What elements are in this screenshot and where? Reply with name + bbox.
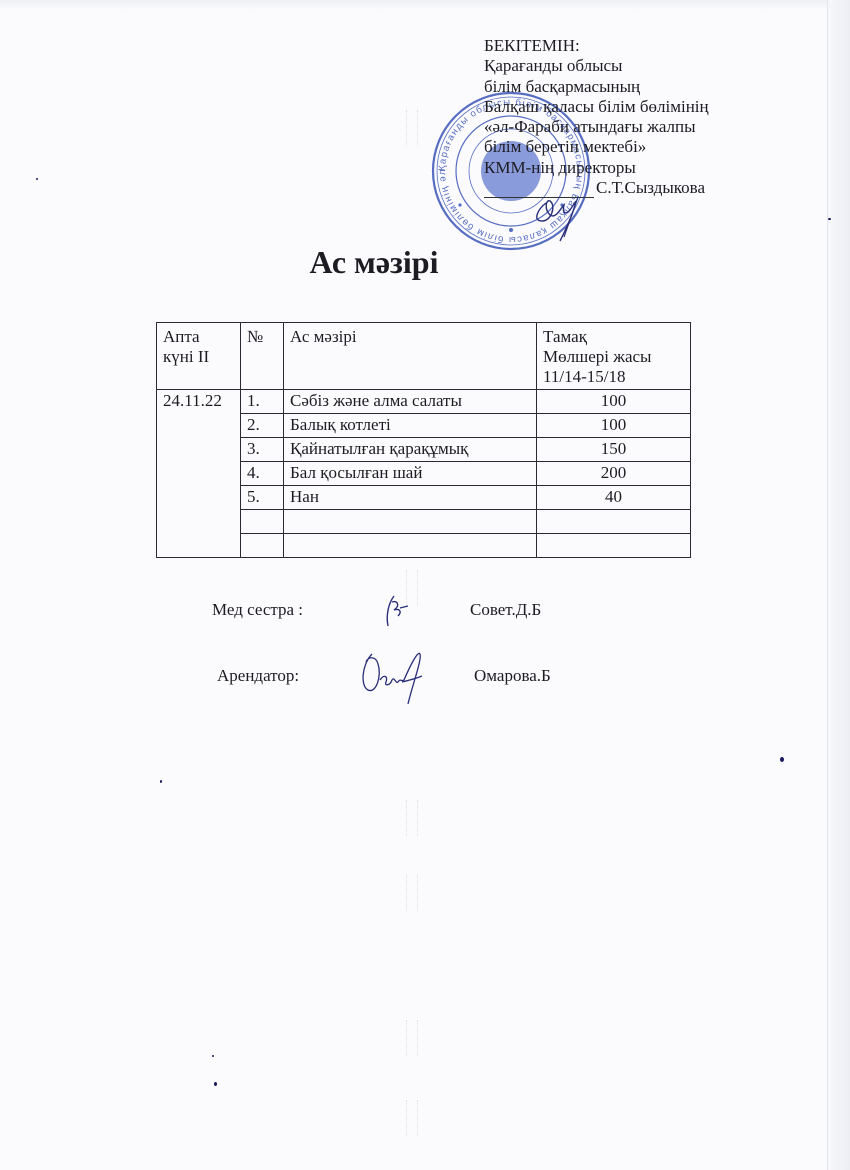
dish-name — [284, 510, 537, 534]
header-dish: Ас мәзірі — [284, 323, 537, 390]
dish-amount: 100 — [537, 390, 691, 414]
speck — [828, 218, 831, 220]
header-amount: Тамақ Мөлшері жасы 11/14-15/18 — [537, 323, 691, 390]
dish-amount: 100 — [537, 414, 691, 438]
signature-name: Омарова.Б — [474, 666, 551, 686]
row-number: 2. — [241, 414, 284, 438]
row-number: 1. — [241, 390, 284, 414]
row-number — [241, 534, 284, 558]
page-edge-right — [827, 0, 850, 1170]
page-title-text: Ас мәзірі — [310, 244, 439, 280]
show-through-mark — [406, 800, 418, 836]
approval-line: «әл-Фараби атындағы жалпы — [484, 117, 764, 137]
director-signature-icon — [520, 175, 600, 245]
signature-tenant: Арендатор: Омарова.Б — [0, 666, 850, 696]
row-number: 5. — [241, 486, 284, 510]
speck — [780, 757, 784, 762]
row-number: 4. — [241, 462, 284, 486]
dish-amount — [537, 510, 691, 534]
signature-role: Мед сестра : — [212, 600, 303, 620]
table-row: 24.11.22 1. Сәбіз және алма салаты 100 — [157, 390, 691, 414]
speck — [212, 1055, 214, 1057]
show-through-mark — [406, 875, 418, 911]
nurse-signature-icon — [380, 592, 414, 630]
header-number: № — [241, 323, 284, 390]
page-edge-top — [0, 0, 850, 10]
dish-name: Қайнатылған қарақұмық — [284, 438, 537, 462]
header-day: Апта күні II — [157, 323, 241, 390]
dish-amount: 200 — [537, 462, 691, 486]
table-header-row: Апта күні II № Ас мәзірі Тамақ Мөлшері ж… — [157, 323, 691, 390]
page-title: Ас мәзірі — [0, 244, 750, 281]
approval-line: Балқаш қаласы білім бөлімінің — [484, 97, 764, 117]
show-through-mark — [406, 1100, 418, 1136]
signature-role: Арендатор: — [217, 666, 299, 686]
speck — [160, 780, 162, 783]
dish-amount: 150 — [537, 438, 691, 462]
signature-name: Совет.Д.Б — [470, 600, 541, 620]
approval-line: білім беретін мектебі» — [484, 137, 764, 157]
speck — [36, 178, 38, 180]
speck — [214, 1082, 217, 1086]
dish-name: Балық котлеті — [284, 414, 537, 438]
approval-line: Қарағанды облысы — [484, 56, 764, 76]
date-cell: 24.11.22 — [157, 390, 241, 558]
dish-name — [284, 534, 537, 558]
director-name: С.Т.Сыздыкова — [596, 178, 705, 197]
row-number: 3. — [241, 438, 284, 462]
dish-amount — [537, 534, 691, 558]
dish-name: Бал қосылған шай — [284, 462, 537, 486]
dish-name: Нан — [284, 486, 537, 510]
menu-table: Апта күні II № Ас мәзірі Тамақ Мөлшері ж… — [156, 322, 691, 558]
row-number — [241, 510, 284, 534]
show-through-mark — [406, 110, 418, 146]
approval-heading: БЕКІТЕМІН: — [484, 36, 764, 56]
dish-amount: 40 — [537, 486, 691, 510]
approval-line: білім басқармасының — [484, 77, 764, 97]
show-through-mark — [406, 1020, 418, 1056]
dish-name: Сәбіз және алма салаты — [284, 390, 537, 414]
signature-nurse: Мед сестра : Совет.Д.Б — [0, 600, 850, 630]
tenant-signature-icon — [358, 646, 432, 708]
